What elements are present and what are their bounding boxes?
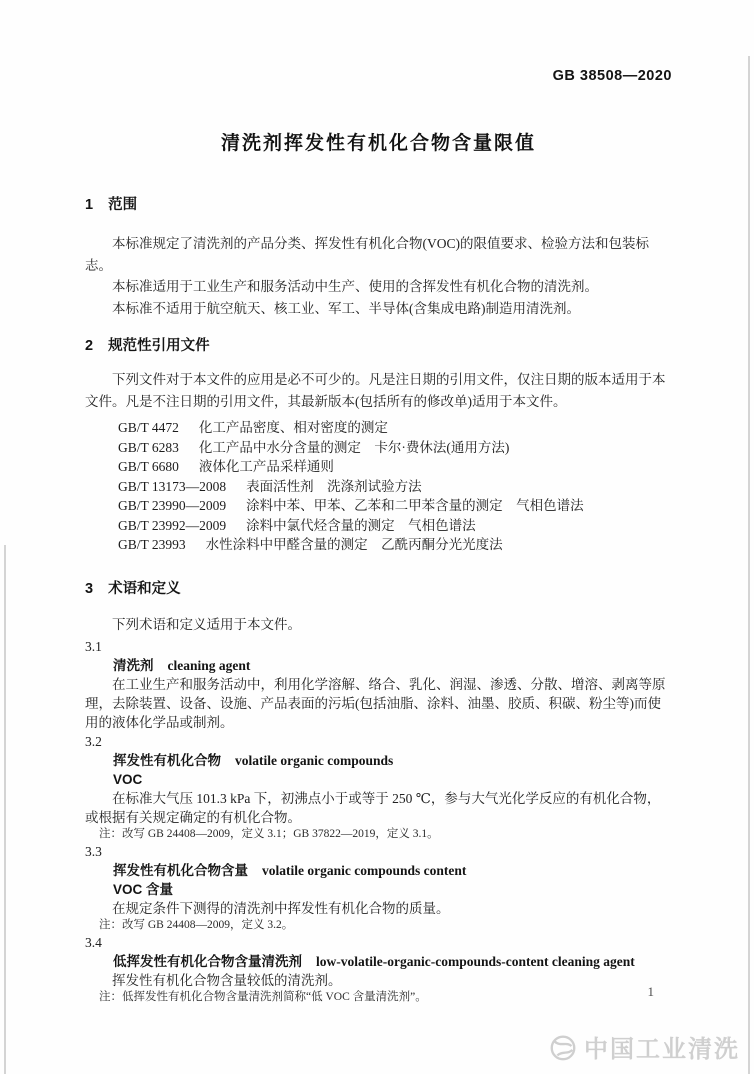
reference-code: GB/T 13173—2008 (118, 477, 226, 497)
term-name-line: 挥发性有机化合物volatile organic compounds (85, 751, 672, 770)
document-page: GB 38508—2020 清洗剂挥发性有机化合物含量限值 1范围 本标准规定了… (0, 0, 754, 1074)
term-abbreviation: VOC 含量 (85, 880, 672, 899)
reference-title: 涂料中氯代烃含量的测定 气相色谱法 (246, 518, 476, 533)
clause-number: 3.4 (85, 933, 672, 952)
section-heading-terms: 3术语和定义 (85, 579, 672, 599)
reference-code: GB/T 23990—2009 (118, 496, 226, 516)
scope-paragraph: 本标准规定了清洗剂的产品分类、挥发性有机化合物(VOC)的限值要求、检验方法和包… (85, 233, 672, 276)
scope-paragraphs: 本标准规定了清洗剂的产品分类、挥发性有机化合物(VOC)的限值要求、检验方法和包… (85, 233, 672, 319)
term-name-cn: 挥发性有机化合物含量 (113, 863, 248, 878)
term-note: 注：改写 GB 24408—2009，定义 3.1；GB 37822—2019，… (85, 827, 672, 842)
section-title: 规范性引用文件 (108, 338, 210, 354)
document-title: 清洗剂挥发性有机化合物含量限值 (85, 128, 672, 155)
term-note: 注：低挥发性有机化合物含量清洗剂简称“低 VOC 含量清洗剂”。 (85, 990, 672, 1005)
terms-list: 3.1 清洗剂cleaning agent 在工业生产和服务活动中，利用化学溶解… (85, 637, 672, 1005)
term-name-cn: 低挥发性有机化合物含量清洗剂 (113, 954, 302, 969)
term-name-en: cleaning agent (168, 658, 251, 673)
references-list: GB/T 4472化工产品密度、相对密度的测定 GB/T 6283化工产品中水分… (85, 418, 672, 555)
term-definition: 在标准大气压 101.3 kPa 下，初沸点小于或等于 250 ℃，参与大气光化… (85, 789, 672, 827)
reference-item: GB/T 23990—2009涂料中苯、甲苯、乙苯和二甲苯含量的测定 气相色谱法 (118, 496, 672, 516)
term-entry: 3.3 挥发性有机化合物含量volatile organic compounds… (85, 842, 672, 933)
reference-title: 水性涂料中甲醛含量的测定 乙酰丙酮分光光度法 (206, 537, 503, 552)
reference-code: GB/T 4472 (118, 418, 179, 438)
reference-item: GB/T 23993水性涂料中甲醛含量的测定 乙酰丙酮分光光度法 (118, 535, 672, 555)
term-name-line: 低挥发性有机化合物含量清洗剂low-volatile-organic-compo… (85, 952, 672, 971)
term-name-en: volatile organic compounds (235, 753, 393, 768)
clause-number: 3.1 (85, 637, 672, 656)
terms-intro: 下列术语和定义适用于本文件。 (85, 615, 672, 634)
term-definition: 在工业生产和服务活动中，利用化学溶解、络合、乳化、润湿、渗透、分散、增溶、剥离等… (85, 675, 672, 732)
term-abbreviation: VOC (85, 770, 672, 789)
term-name-line: 挥发性有机化合物含量volatile organic compounds con… (85, 861, 672, 880)
term-note: 注：改写 GB 24408—2009，定义 3.2。 (85, 918, 672, 933)
section-title: 范围 (108, 197, 137, 213)
watermark: 中国工业清洗 (548, 1029, 740, 1064)
reference-title: 液体化工产品采样通则 (199, 459, 334, 474)
reference-item: GB/T 4472化工产品密度、相对密度的测定 (118, 418, 672, 438)
section-heading-scope: 1范围 (85, 195, 672, 215)
term-name-line: 清洗剂cleaning agent (85, 656, 672, 675)
section-number: 3 (85, 579, 93, 599)
clause-number: 3.2 (85, 732, 672, 751)
term-name-cn: 清洗剂 (113, 658, 154, 673)
reference-title: 化工产品密度、相对密度的测定 (199, 420, 388, 435)
scope-paragraph: 本标准不适用于航空航天、核工业、军工、半导体(含集成电路)制造用清洗剂。 (85, 298, 672, 320)
section-number: 1 (85, 195, 93, 215)
scope-paragraph: 本标准适用于工业生产和服务活动中生产、使用的含挥发性有机化合物的清洗剂。 (85, 276, 672, 298)
reference-code: GB/T 6283 (118, 438, 179, 458)
watermark-text: 中国工业清洗 (584, 1029, 740, 1064)
reference-code: GB/T 23993 (118, 535, 186, 555)
section-heading-references: 2规范性引用文件 (85, 336, 672, 356)
references-intro: 下列文件对于本文件的应用是必不可少的。凡是注日期的引用文件，仅注日期的版本适用于… (85, 369, 672, 412)
clause-number: 3.3 (85, 842, 672, 861)
reference-item: GB/T 23992—2009涂料中氯代烃含量的测定 气相色谱法 (118, 516, 672, 536)
term-name-cn: 挥发性有机化合物 (113, 753, 221, 768)
section-title: 术语和定义 (108, 581, 181, 597)
reference-title: 涂料中苯、甲苯、乙苯和二甲苯含量的测定 气相色谱法 (246, 498, 584, 513)
page-number: 1 (648, 984, 655, 1000)
section-number: 2 (85, 336, 93, 356)
term-entry: 3.2 挥发性有机化合物volatile organic compounds V… (85, 732, 672, 842)
scan-edge-right (748, 56, 750, 1074)
reference-title: 化工产品中水分含量的测定 卡尔·费休法(通用方法) (199, 440, 510, 455)
term-name-en: low-volatile-organic-compounds-content c… (316, 954, 635, 969)
reference-code: GB/T 6680 (118, 457, 179, 477)
reference-item: GB/T 13173—2008表面活性剂 洗涤剂试验方法 (118, 477, 672, 497)
page-content: GB 38508—2020 清洗剂挥发性有机化合物含量限值 1范围 本标准规定了… (0, 0, 754, 1005)
term-definition: 在规定条件下测得的清洗剂中挥发性有机化合物的质量。 (85, 899, 672, 918)
term-definition: 挥发性有机化合物含量较低的清洗剂。 (85, 971, 672, 990)
globe-swirl-icon (548, 1032, 578, 1062)
reference-title: 表面活性剂 洗涤剂试验方法 (246, 479, 422, 494)
reference-item: GB/T 6283化工产品中水分含量的测定 卡尔·费休法(通用方法) (118, 438, 672, 458)
reference-item: GB/T 6680液体化工产品采样通则 (118, 457, 672, 477)
term-name-en: volatile organic compounds content (262, 863, 466, 878)
term-entry: 3.1 清洗剂cleaning agent 在工业生产和服务活动中，利用化学溶解… (85, 637, 672, 732)
scan-edge-left (4, 545, 6, 1074)
term-entry: 3.4 低挥发性有机化合物含量清洗剂low-volatile-organic-c… (85, 933, 672, 1005)
standard-number: GB 38508—2020 (85, 0, 672, 84)
reference-code: GB/T 23992—2009 (118, 516, 226, 536)
